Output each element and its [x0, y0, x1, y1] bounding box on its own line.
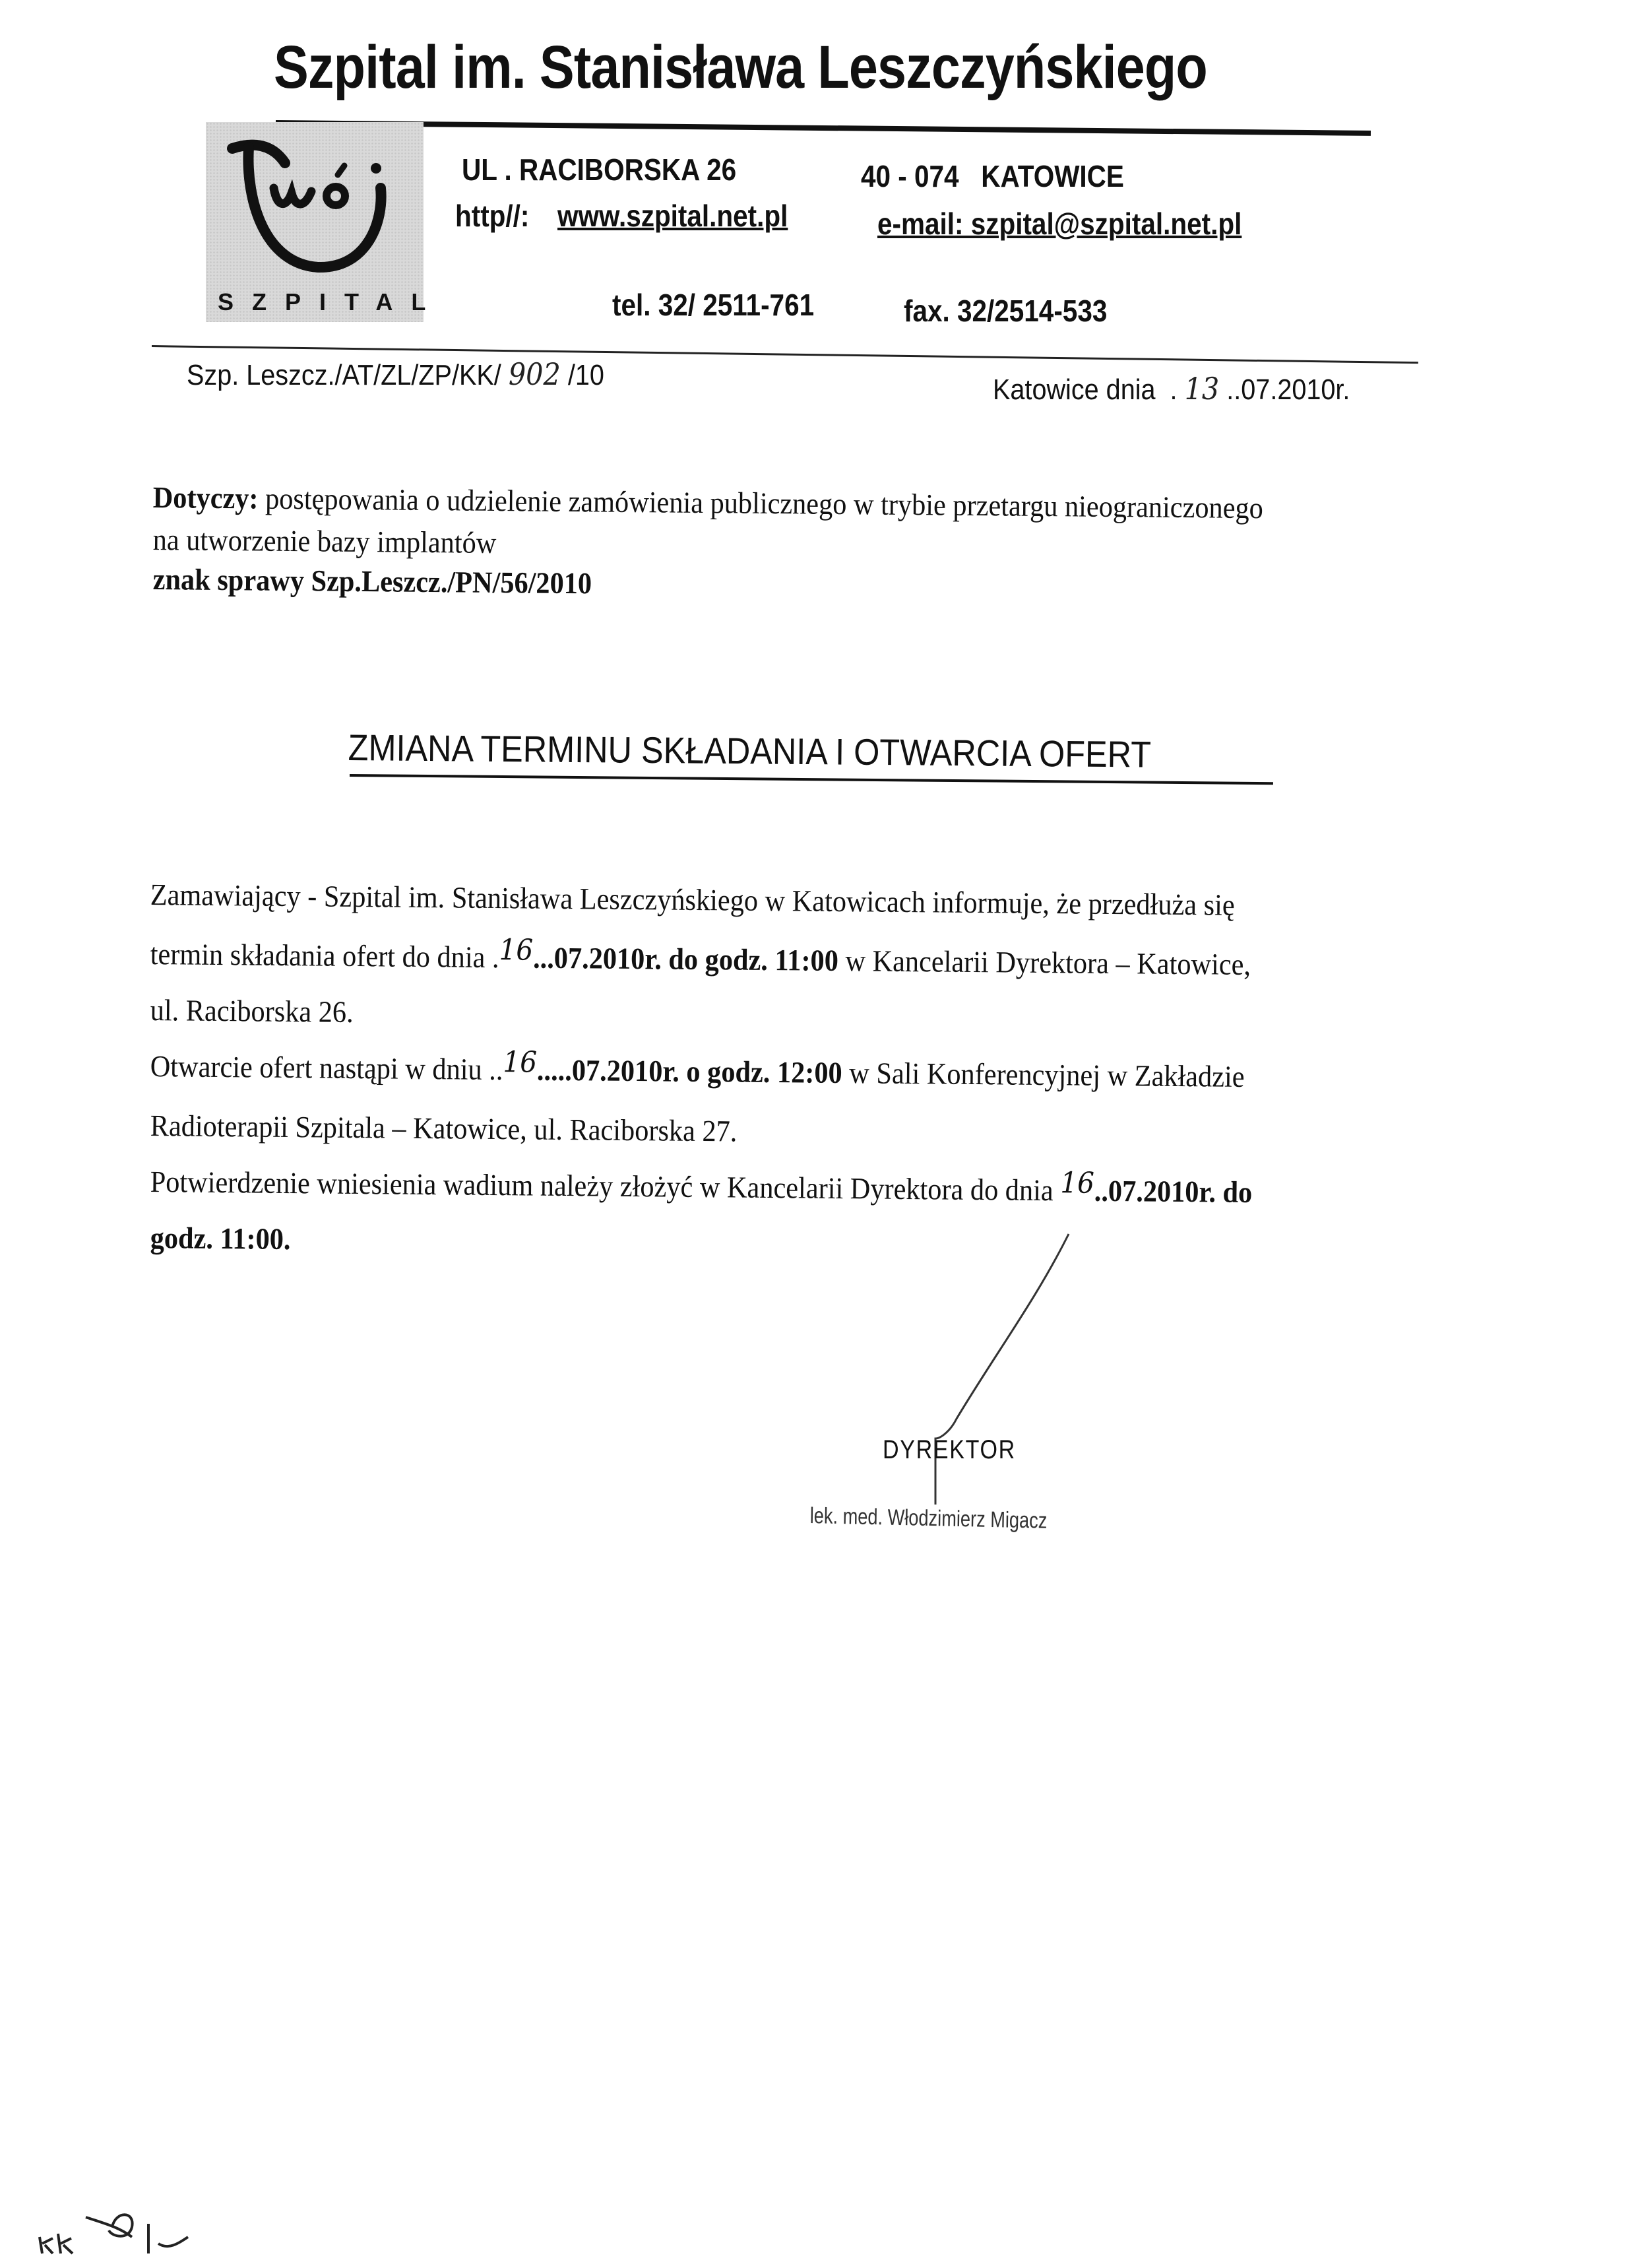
document-heading: ZMIANA TERMINU SKŁADANIA I OTWARCIA OFER…: [348, 726, 1151, 776]
handwritten-initials-icon: [33, 2197, 191, 2257]
deadline-text: ...07.2010r. do godz. 11:00: [533, 941, 838, 977]
date-prefix: Katowice dnia .: [993, 373, 1178, 406]
opening-time-text: .....07.2010r. o godz. 12:00: [537, 1053, 842, 1089]
document-date: Katowice dnia . 13 ..07.2010r.: [993, 371, 1350, 406]
paragraph-2-line-2: Radioterapii Szpitala – Katowice, ul. Ra…: [150, 1109, 737, 1149]
paragraph-2-line-1: Otwarcie ofert nastąpi w dniu ..16.....0…: [150, 1049, 1244, 1095]
handwritten-day: 13: [1185, 371, 1220, 406]
text-segment: w Kancelarii Dyrektora – Katowice,: [838, 944, 1251, 981]
handwritten-day: 16: [1060, 1166, 1094, 1200]
reference-suffix: /10: [568, 359, 604, 391]
address-city: 40 - 074 KATOWICE: [861, 158, 1124, 194]
logo-caption: SZPITAL: [206, 288, 424, 316]
title-underline: [276, 120, 1371, 136]
case-number: znak sprawy Szp.Leszcz./PN/56/2010: [152, 562, 592, 601]
signatory-name: lek. med. Włodzimierz Migacz: [809, 1503, 1047, 1534]
hospital-logo: SZPITAL: [206, 122, 424, 322]
address-street: UL . RACIBORSKA 26: [462, 152, 736, 187]
handwritten-day: 16: [499, 933, 533, 967]
website-label: http//:: [455, 198, 529, 234]
paragraph-1-line-3: ul. Raciborska 26.: [150, 993, 353, 1030]
text-segment: w Sali Konferencyjnej w Zakładzie: [842, 1056, 1244, 1093]
text-segment: Otwarcie ofert nastąpi w dniu ..: [150, 1049, 503, 1086]
email-link[interactable]: e-mail: szpital@szpital.net.pl: [877, 206, 1242, 242]
subject-label: Dotyczy:: [153, 480, 259, 515]
reference-prefix: Szp. Leszcz./AT/ZL/ZP/KK/: [187, 359, 501, 391]
deposit-deadline-text: ..07.2010r. do: [1094, 1174, 1253, 1209]
fax-number: fax. 32/2514-533: [904, 293, 1107, 329]
hospital-name-title: Szpital im. Stanisława Leszczyńskiego: [274, 33, 1207, 102]
reference-number: Szp. Leszcz./AT/ZL/ZP/KK/ 902 /10: [187, 356, 604, 392]
paragraph-3-line-2: godz. 11:00.: [150, 1221, 290, 1257]
phone-number: tel. 32/ 2511-761: [612, 287, 814, 323]
signatory-title: DYREKTOR: [883, 1435, 1016, 1465]
subject-text: postępowania o udzielenie zamówienia pub…: [258, 482, 1263, 525]
date-suffix: ..07.2010r.: [1226, 373, 1350, 406]
text-segment: Potwierdzenie wniesienia wadium należy z…: [150, 1165, 1061, 1207]
handwritten-day: 16: [503, 1045, 537, 1079]
paragraph-1-line-1: Zamawiający - Szpital im. Stanisława Les…: [150, 878, 1234, 923]
paragraph-1-line-2: termin składania ofert do dnia .16...07.…: [150, 937, 1251, 983]
paragraph-3-line-1: Potwierdzenie wniesienia wadium należy z…: [150, 1165, 1252, 1210]
subject-line-2: na utworzenie bazy implantów: [152, 523, 496, 561]
subject-line: Dotyczy: postępowania o udzielenie zamów…: [152, 480, 1263, 526]
text-segment: termin składania ofert do dnia .: [150, 937, 499, 974]
signature-stroke-icon: [759, 1221, 1088, 1518]
heading-underline: [350, 774, 1273, 785]
website-link[interactable]: www.szpital.net.pl: [557, 198, 788, 234]
handwritten-reference-number: 902: [509, 356, 561, 392]
